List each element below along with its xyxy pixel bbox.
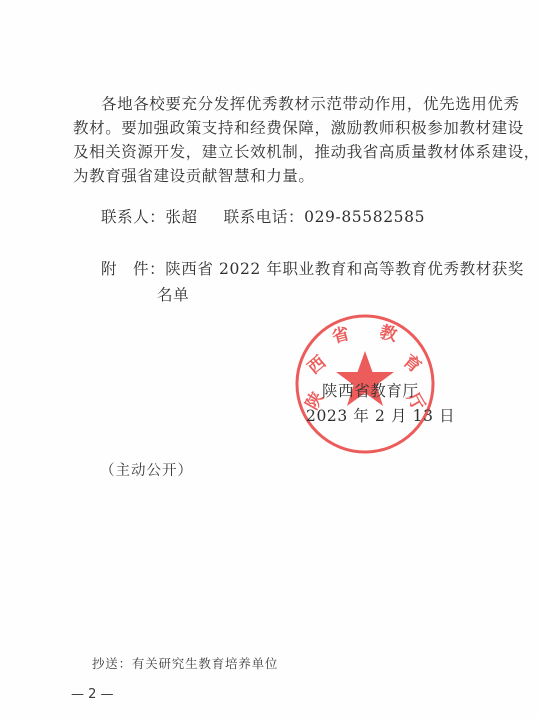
attachment: 附件：陕西省 2022 年职业教育和高等教育优秀教材获奖 名单	[101, 257, 524, 307]
svg-text:西: 西	[304, 352, 330, 378]
issuer-name: 陕西省教育厅	[322, 379, 419, 401]
svg-text:省: 省	[330, 323, 352, 348]
contact-info: 联系人：张超联系电话：029-85582585	[101, 205, 425, 229]
contact-person-name: 张超	[165, 208, 197, 226]
body-line-4: 为教育强省建设贡献智慧和力量。	[73, 164, 475, 188]
attachment-label-a: 附	[101, 257, 121, 281]
disclosure-type: （主动公开）	[100, 459, 193, 480]
body-line-1: 各地各校要充分发挥优秀教材示范带动作用，优先选用优秀	[73, 92, 475, 116]
document-page: 各地各校要充分发挥优秀教材示范带动作用，优先选用优秀 教材。要加强政策支持和经费…	[0, 0, 538, 719]
contact-person-label: 联系人：	[101, 208, 165, 226]
body-paragraph: 各地各校要充分发挥优秀教材示范带动作用，优先选用优秀 教材。要加强政策支持和经费…	[73, 92, 475, 188]
attachment-title-line1: 陕西省 2022 年职业教育和高等教育优秀教材获奖	[165, 260, 524, 278]
issue-date: 2023 年 2 月 13 日	[306, 404, 455, 426]
cc-recipients: 抄送：有关研究生教育培养单位	[92, 654, 278, 672]
contact-phone: 029-85582585	[304, 208, 425, 226]
body-line-3: 及相关资源开发，建立长效机制，推动我省高质量教材体系建设，	[73, 140, 475, 164]
page-number: — 2 —	[71, 687, 114, 702]
attachment-title-line2: 名单	[101, 283, 524, 307]
svg-text:育: 育	[399, 350, 426, 377]
body-line-2: 教材。要加强政策支持和经费保障，激励教师积极参加教材建设	[73, 116, 475, 140]
attachment-label-b: 件：	[133, 257, 165, 281]
contact-phone-label: 联系电话：	[224, 208, 305, 226]
